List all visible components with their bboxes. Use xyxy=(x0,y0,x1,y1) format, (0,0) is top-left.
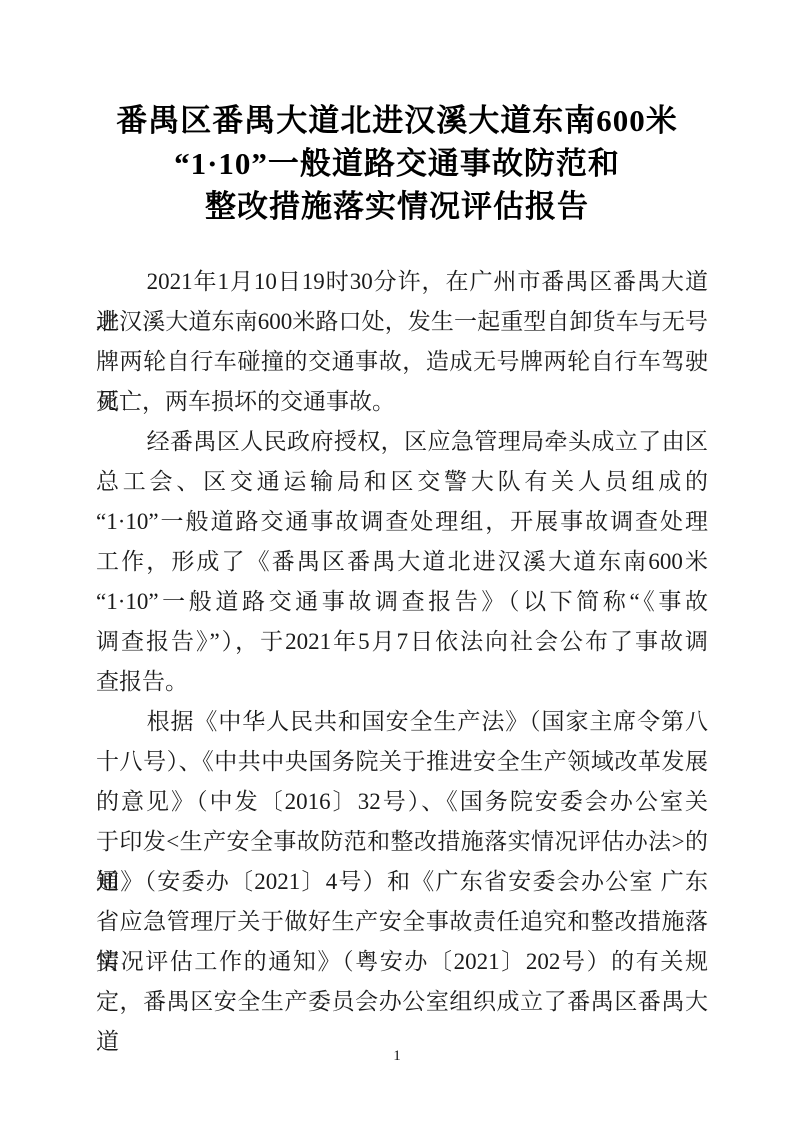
body-line: 情况评估工作的通知》（粤安办〔2021〕202号）的有关规 xyxy=(96,942,708,982)
body-line: 根据《中华人民共和国安全生产法》（国家主席令第八 xyxy=(96,702,708,742)
body-line: 的意见》（中发〔2016〕32号）、《国务院安委会办公室关 xyxy=(96,782,708,822)
body-line: 进汉溪大道东南600米路口处，发生一起重型自卸货车与无号 xyxy=(96,302,708,342)
body-line: 十八号）、《中共中央国务院关于推进安全生产领域改革发展 xyxy=(96,742,708,782)
body-line: “1·10”一般道路交通事故调查报告》（以下简称“《事故 xyxy=(96,582,708,622)
body-line: 调查报告》”），于2021年5月7日依法向社会公布了事故调 xyxy=(96,622,708,662)
body-line: 总工会、区交通运输局和区交警大队有关人员组成的 xyxy=(96,462,708,502)
report-title-line-2: “1·10”一般道路交通事故防范和 xyxy=(0,142,794,185)
body-line: 2021年1月10日19时30分许，在广州市番禺区番禺大道北 xyxy=(96,262,708,302)
body-line: 省应急管理厅关于做好生产安全事故责任追究和整改措施落实 xyxy=(96,902,708,942)
body-line: 经番禺区人民政府授权，区应急管理局牵头成立了由区 xyxy=(96,422,708,462)
report-title-line-3: 整改措施落实情况评估报告 xyxy=(0,185,794,228)
report-title: 番禺区番禺大道北进汉溪大道东南600米 “1·10”一般道路交通事故防范和 整改… xyxy=(0,99,794,228)
body-line: 于印发<生产安全事故防范和整改措施落实情况评估办法>的通 xyxy=(96,822,708,862)
report-title-line-1: 番禺区番禺大道北进汉溪大道东南600米 xyxy=(0,99,794,142)
body-line: 查报告。 xyxy=(96,662,708,702)
body-line: 定，番禺区安全生产委员会办公室组织成立了番禺区番禺大道 xyxy=(96,982,708,1022)
document-body: 2021年1月10日19时30分许，在广州市番禺区番禺大道北进汉溪大道东南600… xyxy=(96,262,708,1022)
body-line: 知》（安委办〔2021〕4号）和《广东省安委会办公室 广东 xyxy=(96,862,708,902)
body-line: 死亡，两车损坏的交通事故。 xyxy=(96,382,708,422)
body-line: 牌两轮自行车碰撞的交通事故，造成无号牌两轮自行车驾驶员 xyxy=(96,342,708,382)
document-page: 番禺区番禺大道北进汉溪大道东南600米 “1·10”一般道路交通事故防范和 整改… xyxy=(0,0,794,1123)
body-line: 工作，形成了《番禺区番禺大道北进汉溪大道东南600米 xyxy=(96,542,708,582)
page-number: 1 xyxy=(0,1046,794,1066)
body-line: “1·10”一般道路交通事故调查处理组，开展事故调查处理 xyxy=(96,502,708,542)
